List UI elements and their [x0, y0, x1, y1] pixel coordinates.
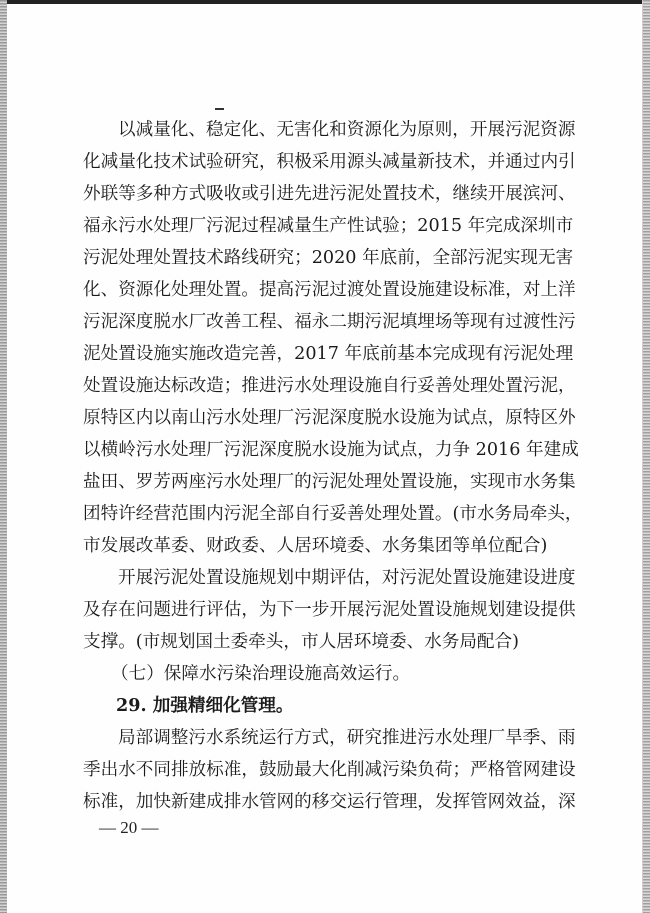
- text-line: 盐田、罗芳两座污水处理厂的污泥处理处置设施，实现市水务集: [83, 466, 573, 498]
- text-line: 标准，加快新建成排水管网的移交运行管理，发挥管网效益，深: [83, 786, 573, 818]
- document-body: 以减量化、稳定化、无害化和资源化为原则，开展污泥资源 化减量化技术试验研究，积极…: [83, 114, 573, 818]
- scan-right-edge: [643, 0, 650, 913]
- text-line: 以横岭污水处理厂污泥深度脱水设施为试点，力争 2016 年建成: [83, 434, 573, 466]
- text-line: 团特许经营范围内污泥全部自行妥善处理处置。(市水务局牵头，: [83, 498, 573, 530]
- section-heading: （七）保障水污染治理设施高效运行。: [83, 658, 573, 690]
- text-line: 化、资源化处理处置。提高污泥过渡处置设施建设标准，对上洋: [83, 274, 573, 306]
- paragraph-fine-management: 局部调整污水系统运行方式，研究推进污水处理厂旱季、雨 季出水不同排放标准，鼓励最…: [83, 722, 573, 818]
- text-line: 局部调整污水系统运行方式，研究推进污水处理厂旱季、雨: [83, 722, 573, 754]
- text-line: 市发展改革委、财政委、人居环境委、水务集团等单位配合): [83, 530, 573, 562]
- text-line: 支撑。(市规划国土委牵头，市人居环境委、水务局配合): [83, 626, 573, 658]
- text-line: 化减量化技术试验研究，积极采用源头减量新技术，并通过内引: [83, 146, 573, 178]
- text-line: 以减量化、稳定化、无害化和资源化为原则，开展污泥资源: [83, 114, 573, 146]
- scan-mark: [215, 108, 224, 110]
- scan-top-border: [0, 0, 650, 4]
- scanned-page: 以减量化、稳定化、无害化和资源化为原则，开展污泥资源 化减量化技术试验研究，积极…: [0, 0, 650, 913]
- scan-left-edge: [0, 0, 7, 913]
- paragraph-planning-evaluation: 开展污泥处置设施规划中期评估，对污泥处置设施建设进度 及存在问题进行评估，为下一…: [83, 562, 573, 658]
- text-line: 及存在问题进行评估，为下一步开展污泥处置设施规划建设提供: [83, 594, 573, 626]
- text-line: 污泥处理处置技术路线研究；2020 年底前，全部污泥实现无害: [83, 242, 573, 274]
- item-heading: 29. 加强精细化管理。: [83, 690, 573, 722]
- text-line: 季出水不同排放标准，鼓励最大化削减污染负荷；严格管网建设: [83, 754, 573, 786]
- text-line: 处置设施达标改造；推进污水处理设施自行妥善处理处置污泥，: [83, 370, 573, 402]
- text-line: 泥处置设施实施改造完善，2017 年底前基本完成现有污泥处理: [83, 338, 573, 370]
- text-line: 外联等多种方式吸收或引进先进污泥处置技术，继续开展滨河、: [83, 178, 573, 210]
- text-line: 污泥深度脱水厂改善工程、福永二期污泥填埋场等现有过渡性污: [83, 306, 573, 338]
- text-line: 开展污泥处置设施规划中期评估，对污泥处置设施建设进度: [83, 562, 573, 594]
- text-line: 福永污水处理厂污泥过程减量生产性试验；2015 年完成深圳市: [83, 210, 573, 242]
- paragraph-sludge-treatment: 以减量化、稳定化、无害化和资源化为原则，开展污泥资源 化减量化技术试验研究，积极…: [83, 114, 573, 562]
- text-line: 原特区内以南山污水处理厂污泥深度脱水设施为试点，原特区外: [83, 402, 573, 434]
- page-number: — 20 —: [99, 818, 159, 838]
